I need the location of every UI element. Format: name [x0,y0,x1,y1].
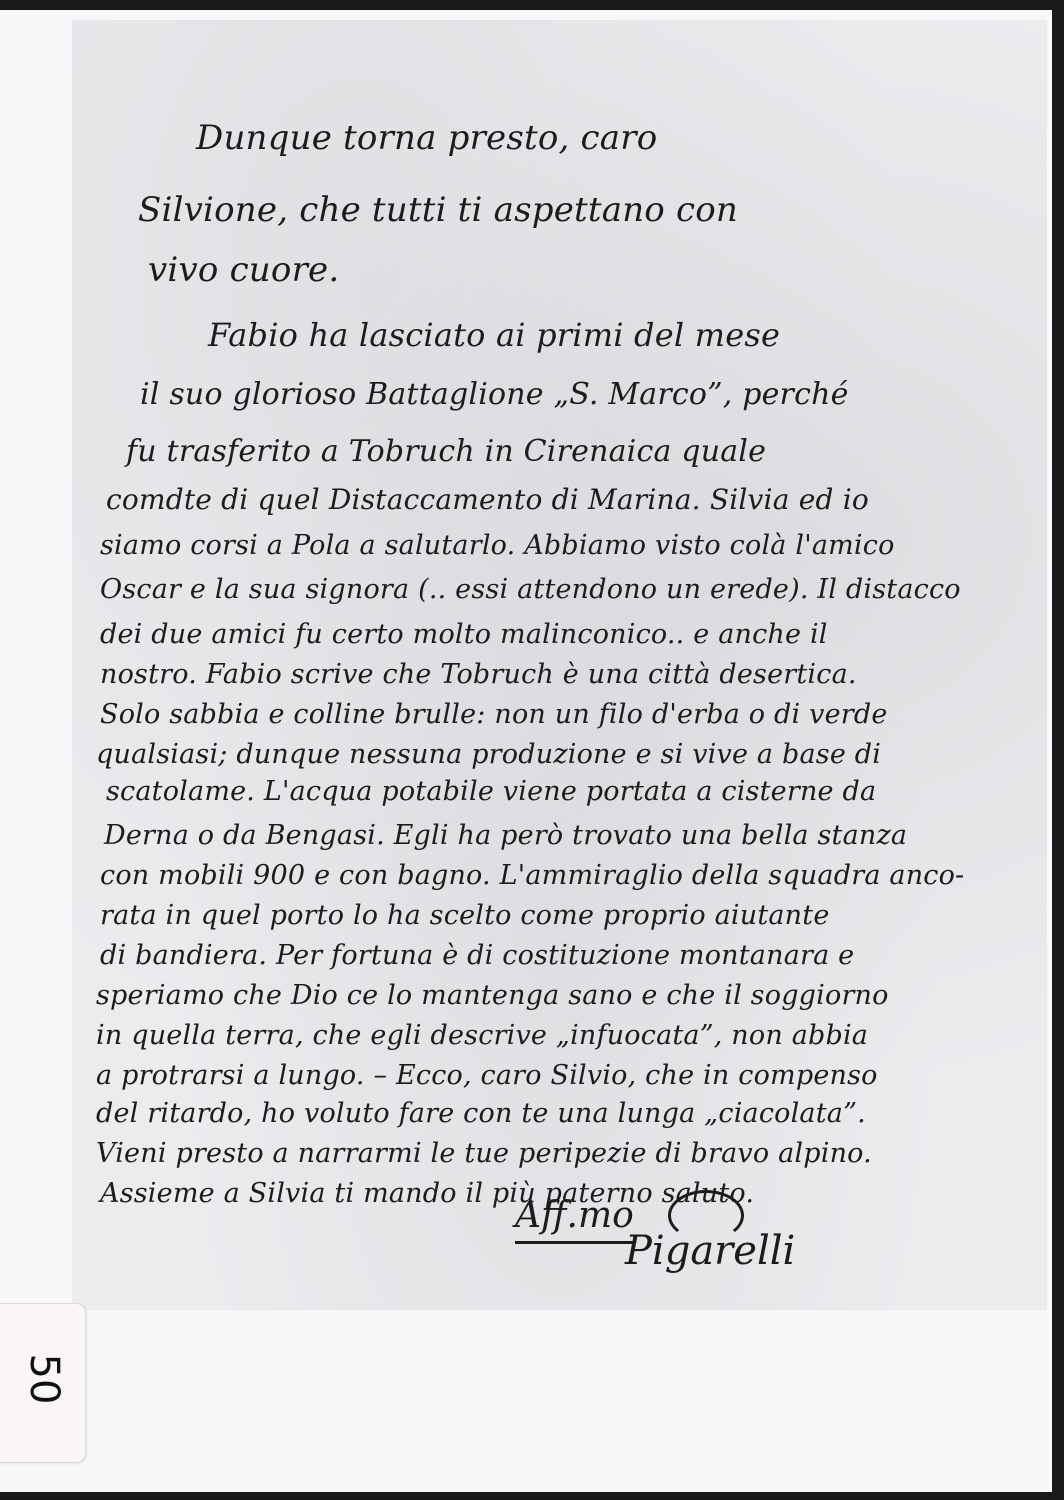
letter-line: Silvione, che tutti ti aspettano con [138,190,738,230]
letter-line: vivo cuore. [148,250,339,290]
letter-line: speriamo che Dio ce lo mantenga sano e c… [96,976,889,1016]
letter-line: di bandiera. Per fortuna è di costituzio… [100,936,854,976]
signature-name: Pigarelli [625,1228,795,1274]
letter-line: il suo glorioso Battaglione „S. Marco”, … [140,375,849,415]
letter-line: rata in quel porto lo ha scelto come pro… [100,896,830,936]
letter-line: fu trasferito a Tobruch in Cirenaica qua… [126,432,766,472]
letter-line: Assieme a Silvia ti mando il più paterno… [100,1174,754,1214]
letter-line: siamo corsi a Pola a salutarlo. Abbiamo … [100,526,895,566]
letter-line: in quella terra, che egli descrive „infu… [96,1016,868,1056]
page-number-tab: 50 [0,1303,86,1463]
letter-line: Derna o da Bengasi. Egli ha però trovato… [104,816,907,856]
page-number: 50 [21,1349,67,1409]
letter-line: Vieni presto a narrarmi le tue peripezie… [96,1134,872,1174]
letter-line: del ritardo, ho voluto fare con te una l… [96,1094,866,1134]
letter-line: con mobili 900 e con bagno. L'ammiraglio… [100,856,964,896]
letter-line: nostro. Fabio scrive che Tobruch è una c… [100,655,857,695]
letter-line: scatolame. L'acqua potabile viene portat… [106,772,876,812]
letter-line: Solo sabbia e colline brulle: non un fil… [100,695,888,735]
letter-line: dei due amici fu certo molto malinconico… [100,615,828,655]
letter-line: qualsiasi; dunque nessuna produzione e s… [96,735,881,775]
signature-closing: Aff.mo [515,1195,634,1236]
letter-line: Oscar e la sua signora (.. essi attendon… [100,570,961,610]
letter-line: a protrarsi a lungo. – Ecco, caro Silvio… [96,1056,878,1096]
letter-line: Fabio ha lasciato ai primi del mese [208,315,780,355]
letter-line: Dunque torna presto, caro [196,118,657,158]
letter-line: comdte di quel Distaccamento di Marina. … [106,480,869,520]
